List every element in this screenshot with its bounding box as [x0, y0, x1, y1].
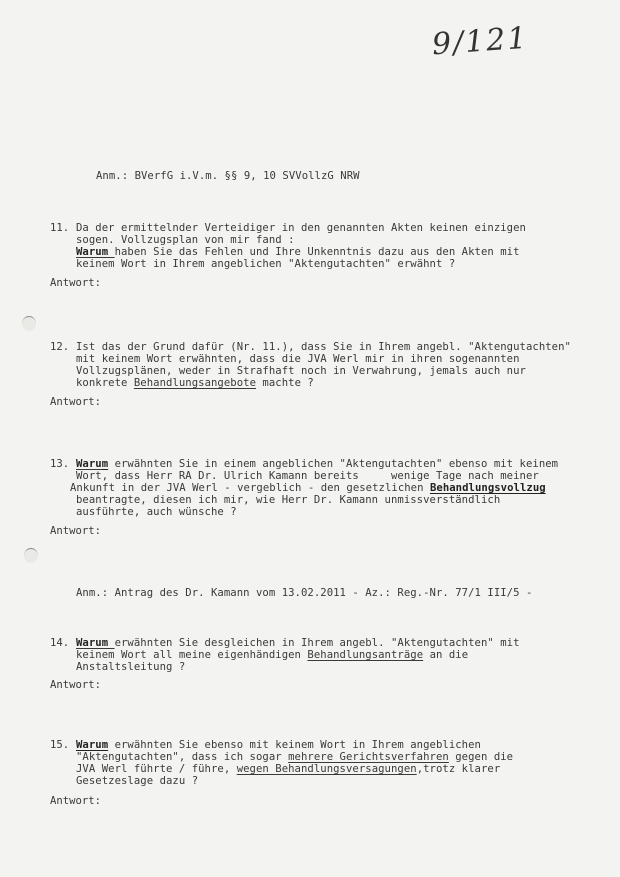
text-span: "Aktengutachten", dass ich sogar: [76, 751, 288, 763]
text-span: erwähnten Sie in einem angeblichen "Akte…: [108, 458, 558, 470]
emphasis-keinem: keinem: [76, 258, 115, 270]
text-span: Ankunft in der JVA Werl - vergeblich - d…: [70, 482, 430, 494]
emphasis-behandlungsangebote: Behandlungsangebote: [134, 377, 256, 389]
emphasis-warum: Warum: [76, 458, 108, 470]
emphasis-behandlungsantraege: Behandlungsanträge: [307, 649, 423, 661]
question-number: 11.: [50, 222, 69, 235]
text-span: Wort in Ihrem angeblichen "Aktengutachte…: [115, 258, 456, 270]
answer-label: Antwort:: [50, 396, 101, 409]
text-span: erwähnten Sie desgleichen in Ihrem angeb…: [108, 637, 519, 649]
question-text: Anstaltsleitung ?: [76, 661, 185, 674]
emphasis-behandlungsvollzug: Behandlungsvollzug: [430, 482, 546, 494]
emphasis-warum: Warum: [76, 637, 108, 649]
document-page: 9/121 Anm.: BVerfG i.V.m. §§ 9, 10 SVVol…: [0, 0, 620, 877]
question-number: 14.: [50, 637, 69, 650]
answer-label: Antwort:: [50, 277, 101, 290]
emphasis-gerichtsverfahren: mehrere Gerichtsverfahren: [288, 751, 449, 763]
text-span: JVA Werl führte / führe,: [76, 763, 237, 775]
handwritten-page-number: 9/121: [431, 21, 530, 63]
application-reference-note: Anm.: Antrag des Dr. Kamann vom 13.02.20…: [76, 587, 532, 600]
punch-hole: [22, 316, 36, 331]
text-span: Wort all meine eigenhändigen: [115, 649, 308, 661]
emphasis-warum: Warum: [76, 246, 108, 258]
answer-label: Antwort:: [50, 795, 101, 808]
emphasis-behandlungsversagungen: wegen Behandlungsversagungen: [237, 763, 417, 775]
emphasis-warum: Warum: [76, 739, 108, 751]
text-span: machte ?: [256, 377, 314, 389]
question-number: 12.: [50, 341, 69, 354]
text-span: erwähnten Sie ebenso mit keinem Wort in …: [108, 739, 481, 751]
legal-reference-note: Anm.: BVerfG i.V.m. §§ 9, 10 SVVollzG NR…: [96, 170, 360, 183]
emphasis-wort: Wort: [76, 470, 102, 482]
question-text: Gesetzeslage dazu ?: [76, 775, 198, 788]
question-text: ausführte, auch wünsche ?: [76, 506, 237, 519]
text-span: haben Sie das Fehlen und Ihre Unkenntnis…: [108, 246, 519, 258]
text-span: gegen die: [449, 751, 513, 763]
text-span: , dass Herr RA Dr. Ulrich Kamann bereits…: [102, 470, 539, 482]
text-span: an die: [423, 649, 468, 661]
text-span: ,trotz klarer: [417, 763, 501, 775]
answer-label: Antwort:: [50, 525, 101, 538]
answer-label: Antwort:: [50, 679, 101, 692]
question-number: 15.: [50, 739, 69, 752]
question-text: konkrete Behandlungsangebote machte ?: [76, 377, 314, 390]
question-number: 13.: [50, 458, 69, 471]
text-span: konkrete: [76, 377, 134, 389]
question-text: keinem Wort in Ihrem angeblichen "Akteng…: [76, 258, 455, 271]
punch-hole: [24, 548, 38, 563]
emphasis-keinem: keinem: [76, 649, 115, 661]
